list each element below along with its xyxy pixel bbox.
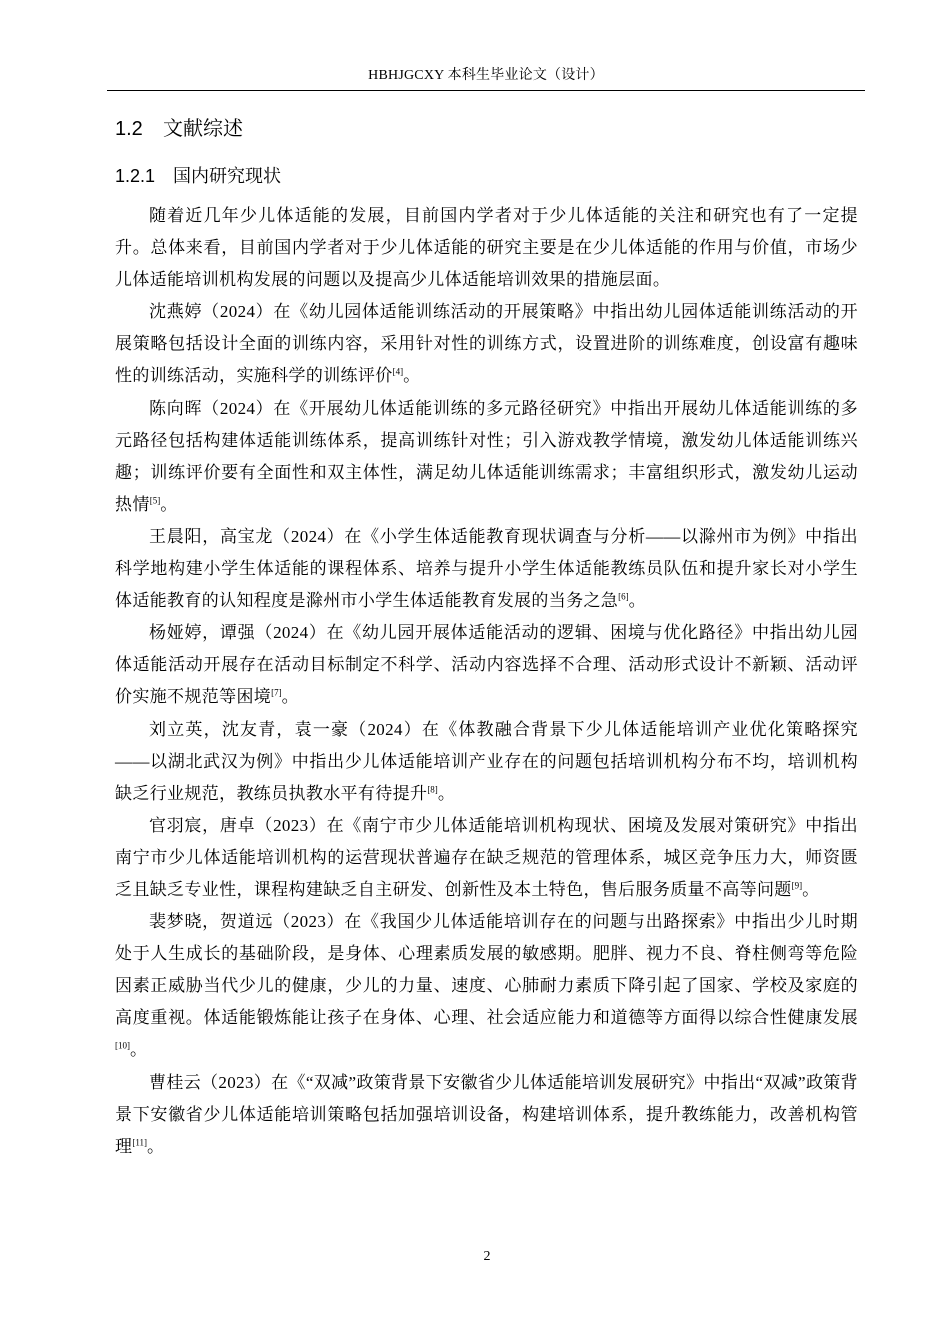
page-body: 1.2文献综述 1.2.1国内研究现状 随着近几年少儿体适能的发展，目前国内学者… [115,113,858,1163]
citation-ref: [7] [271,688,282,698]
paragraph-text: 沈燕婷（2024）在《幼儿园体适能训练活动的开展策略》中指出幼儿园体适能训练活动… [115,302,858,385]
paragraph-review: 刘立英，沈友青，袁一豪（2024）在《体教融合背景下少儿体适能培训产业优化策略探… [115,714,858,810]
paragraph-text: 官羽宸，唐卓（2023）在《南宁市少儿体适能培训机构现状、困境及发展对策研究》中… [115,816,858,899]
paragraph-text: 裴梦晓，贺道远（2023）在《我国少儿体适能培训存在的问题与出路探索》中指出少儿… [115,912,858,1027]
paragraph-end: 。 [130,1040,147,1059]
document-page: HBHJGCXY 本科生毕业论文（设计） 1.2文献综述 1.2.1国内研究现状… [0,0,950,1344]
paragraph-text: 杨娅婷，谭强（2024）在《幼儿园开展体适能活动的逻辑、困境与优化路径》中指出幼… [115,623,858,706]
citation-ref: [4] [393,367,404,377]
citation-ref: [11] [132,1137,147,1147]
paragraph-text: 刘立英，沈友青，袁一豪（2024）在《体教融合背景下少儿体适能培训产业优化策略探… [115,720,858,803]
paragraph-end: 。 [282,687,299,706]
paragraph-end: 。 [802,880,819,899]
section-title: 文献综述 [163,118,243,140]
paragraph-intro: 随着近几年少儿体适能的发展，目前国内学者对于少儿体适能的关注和研究也有了一定提升… [115,200,858,296]
citation-ref: [6] [618,591,629,601]
paragraph-end: 。 [629,591,646,610]
paragraph-review: 陈向晖（2024）在《开展幼儿体适能训练的多元路径研究》中指出开展幼儿体适能训练… [115,393,858,521]
paragraph-review: 裴梦晓，贺道远（2023）在《我国少儿体适能培训存在的问题与出路探索》中指出少儿… [115,906,858,1066]
page-number: 2 [437,1247,537,1267]
paragraph-end: 。 [438,784,455,803]
citation-ref: [5] [150,495,161,505]
paragraph-review: 沈燕婷（2024）在《幼儿园体适能训练活动的开展策略》中指出幼儿园体适能训练活动… [115,296,858,392]
paragraph-end: 。 [160,495,177,514]
subsection-title: 国内研究现状 [173,166,281,186]
paragraph-end: 。 [147,1137,164,1156]
citation-ref: [8] [427,784,438,794]
running-header: HBHJGCXY 本科生毕业论文（设计） [107,66,865,86]
paragraph-text: 曹桂云（2023）在《“双减”政策背景下安徽省少儿体适能培训发展研究》中指出“双… [115,1073,858,1156]
paragraph-review: 王晨阳，高宝龙（2024）在《小学生体适能教育现状调查与分析——以滁州市为例》中… [115,521,858,617]
section-heading: 1.2文献综述 [115,113,858,145]
paragraph-text: 王晨阳，高宝龙（2024）在《小学生体适能教育现状调查与分析——以滁州市为例》中… [115,527,858,610]
subsection-heading: 1.2.1国内研究现状 [115,162,858,190]
paragraph-end: 。 [403,366,420,385]
section-number: 1.2 [115,113,163,145]
paragraph-review: 杨娅婷，谭强（2024）在《幼儿园开展体适能活动的逻辑、困境与优化路径》中指出幼… [115,617,858,713]
paragraph-review: 官羽宸，唐卓（2023）在《南宁市少儿体适能培训机构现状、困境及发展对策研究》中… [115,810,858,906]
paragraph-review: 曹桂云（2023）在《“双减”政策背景下安徽省少儿体适能培训发展研究》中指出“双… [115,1067,858,1163]
header-rule [107,90,865,91]
citation-ref: [9] [792,880,803,890]
subsection-number: 1.2.1 [115,162,173,190]
paragraph-text: 陈向晖（2024）在《开展幼儿体适能训练的多元路径研究》中指出开展幼儿体适能训练… [115,399,858,514]
paragraph-text: 随着近几年少儿体适能的发展，目前国内学者对于少儿体适能的关注和研究也有了一定提升… [115,206,858,289]
citation-ref: [10] [115,1041,130,1051]
